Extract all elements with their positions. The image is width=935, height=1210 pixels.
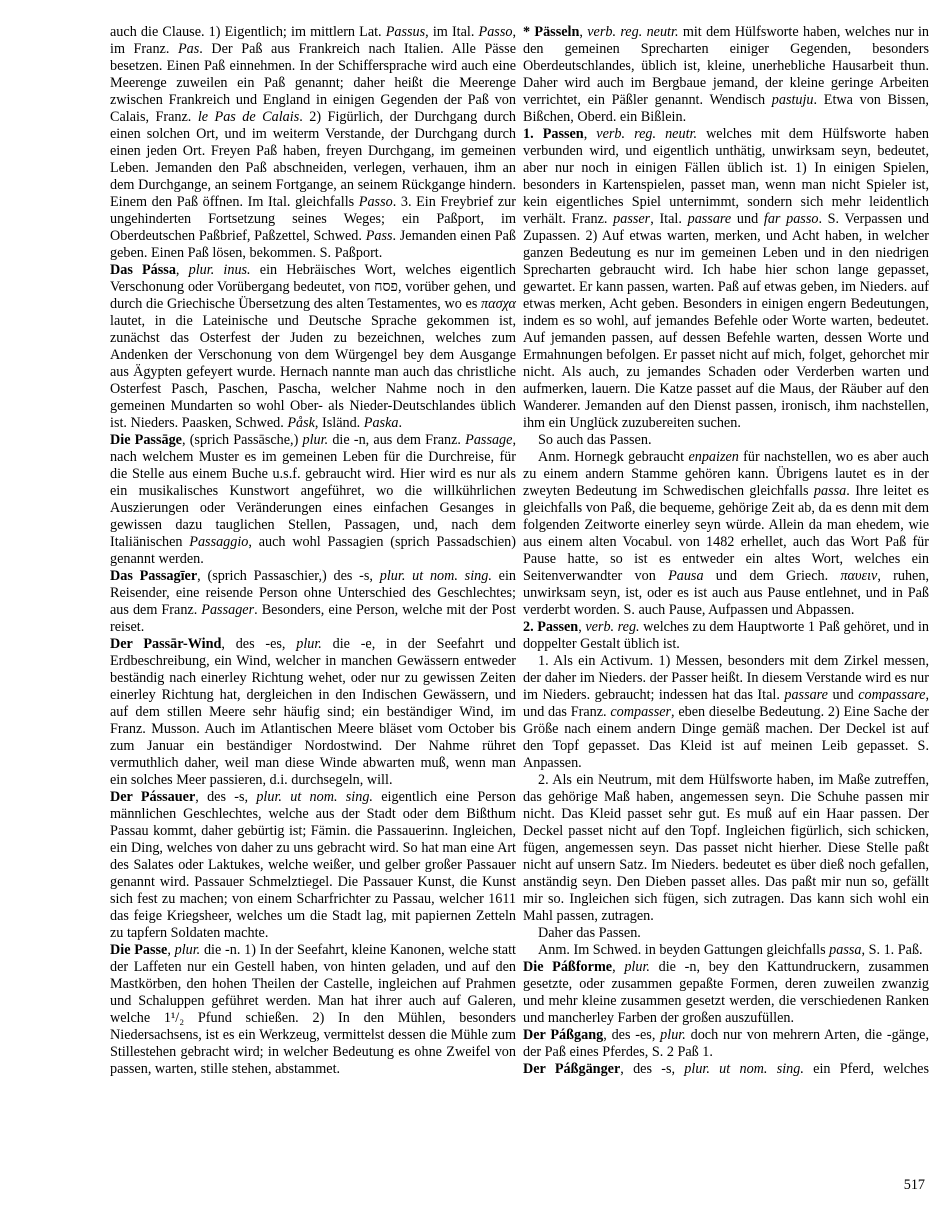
entry-text: und dem Griech. xyxy=(704,568,841,584)
dictionary-entry: 1. Als ein Activum. 1) Messen, besonders… xyxy=(523,653,929,772)
entry-italic-text: πασχα xyxy=(481,296,516,312)
entry-headword: 2. Passen xyxy=(523,619,578,635)
entry-italic-text: plur. ut nom. sing. xyxy=(684,1061,804,1077)
entry-italic-text: Paska xyxy=(364,415,399,431)
entry-text: . xyxy=(398,415,402,431)
dictionary-entry: 2. Als ein Neutrum, mit dem Hülfsworte h… xyxy=(523,772,929,925)
entry-italic-text: Passo xyxy=(479,24,513,40)
entry-text: , Isländ. xyxy=(315,415,364,431)
entry-text: , des -s, xyxy=(620,1061,684,1077)
dictionary-entry: Die Páßforme, plur. die -n, bey den Katt… xyxy=(523,959,929,1027)
entry-text: , des -s, xyxy=(195,789,256,805)
entry-text: So auch das Passen. xyxy=(538,432,652,448)
entry-headword: Der Pássauer xyxy=(110,789,195,805)
entry-italic-text: passa xyxy=(829,942,861,958)
dictionary-entry: Die Passāge, (sprich Passāsche,) plur. d… xyxy=(110,432,516,568)
entry-text: , (sprich Passaschier,) des -s, xyxy=(197,568,380,584)
entry-text: , nach welchem Muster es im gemeinen Leb… xyxy=(110,432,516,550)
entry-text: Anm. Im Schwed. in beyden Gattungen glei… xyxy=(538,942,829,958)
entry-text: , des -es, xyxy=(221,636,296,652)
dictionary-page: auch die Clause. 1) Eigentlich; im mittl… xyxy=(0,0,935,1210)
entry-headword: Der Páßgang xyxy=(523,1027,603,1043)
entry-italic-text: passa xyxy=(814,483,846,499)
entry-text: Daher das Passen. xyxy=(538,925,641,941)
dictionary-entry: auch die Clause. 1) Eigentlich; im mittl… xyxy=(110,24,516,262)
entry-headword: Die Páßforme xyxy=(523,959,612,975)
entry-italic-text: Passaggio xyxy=(189,534,248,550)
entry-italic-text: compassare xyxy=(858,687,925,703)
entry-text: auch die Clause. 1) Eigentlich; im mittl… xyxy=(110,24,386,40)
entry-headword: Das Passagīer xyxy=(110,568,197,584)
dictionary-entry: Die Passe, plur. die -n. 1) In der Seefa… xyxy=(110,942,516,1078)
dictionary-entry: Daher das Passen. xyxy=(523,925,929,942)
entry-text: , xyxy=(176,262,189,278)
dictionary-entry: 2. Passen, verb. reg. welches zu dem Hau… xyxy=(523,619,929,653)
entry-italic-text: pastuju xyxy=(772,92,814,108)
entry-text: die -e, in der Seefahrt und Erdbeschreib… xyxy=(110,636,516,788)
entry-text: . S. Verpassen und Zupassen. 2) Auf etwa… xyxy=(523,211,929,431)
entry-headword: Die Passe xyxy=(110,942,167,958)
entry-italic-text: verb. reg. neutr. xyxy=(596,126,697,142)
entry-headword: * Pässeln xyxy=(523,24,579,40)
entry-italic-text: verb. reg. neutr. xyxy=(587,24,678,40)
right-column: * Pässeln, verb. reg. neutr. mit dem Hül… xyxy=(523,24,929,1078)
dictionary-entry: So auch das Passen. xyxy=(523,432,929,449)
entry-italic-text: plur. inus. xyxy=(189,262,251,278)
dictionary-entry: 1. Passen, verb. reg. neutr. welches mit… xyxy=(523,126,929,432)
entry-italic-text: plur. xyxy=(175,942,201,958)
entry-italic-text: Passo xyxy=(359,194,393,210)
entry-italic-text: plur. xyxy=(303,432,329,448)
page-number: 517 xyxy=(904,1177,925,1194)
entry-text: 2. Als ein Neutrum, mit dem Hülfsworte h… xyxy=(523,772,929,924)
entry-italic-text: enpaizen xyxy=(688,449,738,465)
entry-text: und xyxy=(731,211,764,227)
entry-italic-text: Pas xyxy=(178,41,199,57)
entry-text: , (sprich Passāsche,) xyxy=(182,432,303,448)
dictionary-entry: Anm. Im Schwed. in beyden Gattungen glei… xyxy=(523,942,929,959)
entry-italic-text: passare xyxy=(784,687,828,703)
entry-text: lautet, in die Lateinische und Deutsche … xyxy=(110,313,516,431)
entry-italic-text: verb. reg. xyxy=(585,619,639,635)
entry-headword: Der Páßgänger xyxy=(523,1061,620,1077)
entry-italic-text: Passus xyxy=(386,24,425,40)
entry-italic-text: Påsk xyxy=(287,415,315,431)
entry-text: , xyxy=(584,126,597,142)
entry-headword: Das Pássa xyxy=(110,262,176,278)
dictionary-entry: Der Pássauer, des -s, plur. ut nom. sing… xyxy=(110,789,516,942)
entry-italic-text: passer xyxy=(613,211,650,227)
entry-italic-text: plur. ut nom. sing. xyxy=(380,568,492,584)
entry-text: , Ital. xyxy=(650,211,687,227)
entry-italic-text: plur. ut nom. sing. xyxy=(256,789,373,805)
entry-italic-text: Passage xyxy=(465,432,512,448)
entry-text: die -n, aus dem Franz. xyxy=(328,432,465,448)
entry-text: , xyxy=(612,959,624,975)
entry-text: ein Pferd, welches xyxy=(804,1061,929,1077)
dictionary-entry: Anm. Hornegk gebraucht enpaizen für nach… xyxy=(523,449,929,619)
entry-text: die -n. 1) In der Seefahrt, kleine Kanon… xyxy=(110,942,516,1077)
dictionary-entry: * Pässeln, verb. reg. neutr. mit dem Hül… xyxy=(523,24,929,126)
entry-italic-text: passare xyxy=(688,211,732,227)
entry-italic-text: compasser xyxy=(610,704,671,720)
dictionary-entry: Der Páßgang, des -es, plur. doch nur von… xyxy=(523,1027,929,1061)
entry-italic-text: Pass xyxy=(366,228,393,244)
dictionary-entry: Das Passagīer, (sprich Passaschier,) des… xyxy=(110,568,516,636)
entry-text: , des -es, xyxy=(603,1027,660,1043)
entry-headword: Der Passār-Wind xyxy=(110,636,221,652)
entry-text: , S. 1. Paß. xyxy=(862,942,923,958)
entry-headword: Die Passāge xyxy=(110,432,182,448)
text-columns: auch die Clause. 1) Eigentlich; im mittl… xyxy=(110,24,929,1078)
entry-italic-text: far passo xyxy=(764,211,819,227)
left-column: auch die Clause. 1) Eigentlich; im mittl… xyxy=(110,24,516,1078)
dictionary-entry: Das Pássa, plur. inus. ein Hebräisches W… xyxy=(110,262,516,432)
entry-italic-text: Passager xyxy=(201,602,254,618)
entry-italic-text: παυειν xyxy=(840,568,877,584)
entry-text: Anm. Hornegk gebraucht xyxy=(538,449,688,465)
entry-italic-text: plur. xyxy=(296,636,322,652)
entry-text: eigentlich eine Person männlichen Geschl… xyxy=(110,789,516,941)
entry-italic-text: le Pas de Calais xyxy=(198,109,299,125)
dictionary-entry: Der Páßgänger, des -s, plur. ut nom. sin… xyxy=(523,1061,929,1078)
entry-italic-text: Pausa xyxy=(668,568,703,584)
entry-italic-text: plur. xyxy=(660,1027,686,1043)
entry-text: , xyxy=(167,942,174,958)
entry-italic-text: plur. xyxy=(624,959,650,975)
dictionary-entry: Der Passār-Wind, des -es, plur. die -e, … xyxy=(110,636,516,789)
entry-text: und xyxy=(828,687,858,703)
entry-text: , im Ital. xyxy=(425,24,478,40)
entry-headword: 1. Passen xyxy=(523,126,584,142)
